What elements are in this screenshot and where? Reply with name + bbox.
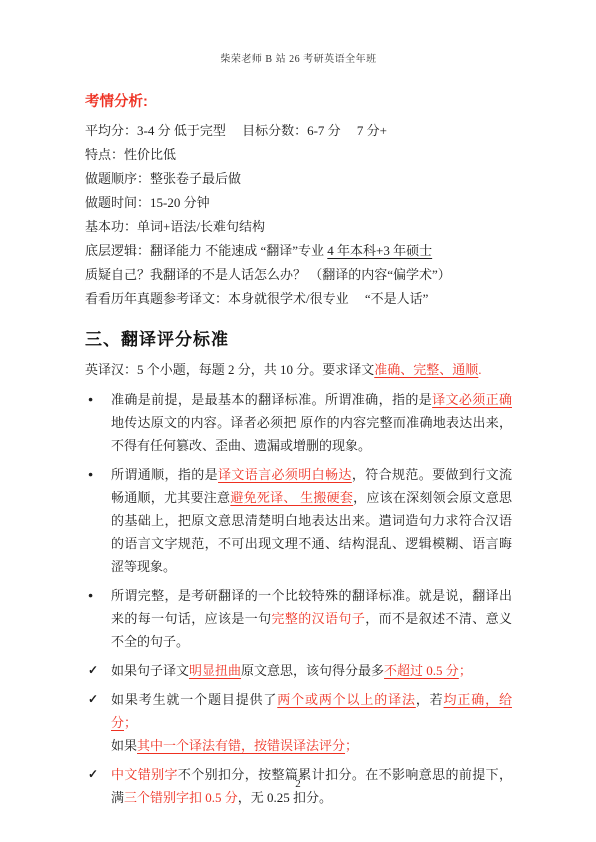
doc-header-title: 柴荣老师 B 站 26 考研英语全年班 <box>85 50 512 65</box>
analysis-lines: 平均分：3-4 分 低于完型 目标分数：6-7 分 7 分+ 特点：性价比低 做… <box>85 119 512 311</box>
analysis-line: 做题时间：15-20 分钟 <box>85 191 512 215</box>
section-intro-line: 英译汉：5 个小题，每题 2 分，共 10 分。要求译文准确、完整、通顺. <box>85 358 512 382</box>
bullet-item: ● 准确是前提，是最基本的翻译标准。所谓准确，指的是译文必须正确地传达原文的内容… <box>85 388 512 457</box>
bullet-icon: ● <box>85 388 111 457</box>
analysis-section-title: 考情分析: <box>85 90 512 111</box>
analysis-line: 基本功：单词+语法/长难句结构 <box>85 215 512 239</box>
check-item: ✓ 如果考生就一个题目提供了两个或两个以上的译法，若均正确，给分；如果其中一个译… <box>85 688 512 757</box>
check-text: 如果考生就一个题目提供了两个或两个以上的译法，若均正确，给分；如果其中一个译法有… <box>111 688 512 757</box>
analysis-line: 做题顺序：整张卷子最后做 <box>85 167 512 191</box>
analysis-line: 特点：性价比低 <box>85 143 512 167</box>
analysis-line: 底层逻辑：翻译能力 不能速成 “翻译”专业 4 年本科+3 年硕士 <box>85 239 512 263</box>
bullet-item: ● 所谓通顺，指的是译文语言必须明白畅达，符合规范。要做到行文流畅通顺，尤其要注… <box>85 463 512 578</box>
document-page: 柴荣老师 B 站 26 考研英语全年班 考情分析: 平均分：3-4 分 低于完型… <box>0 0 596 842</box>
bullet-list: ● 准确是前提，是最基本的翻译标准。所谓准确，指的是译文必须正确地传达原文的内容… <box>85 388 512 653</box>
bullet-text: 所谓通顺，指的是译文语言必须明白畅达，符合规范。要做到行文流畅通顺，尤其要注意避… <box>111 463 512 578</box>
bullet-item: ● 所谓完整，是考研翻译的一个比较特殊的翻译标准。就是说，翻译出来的每一句话，应… <box>85 584 512 653</box>
checkmark-icon: ✓ <box>85 688 111 757</box>
analysis-line: 看看历年真题参考译文：本身就很学术/很专业 “不是人话” <box>85 287 512 311</box>
analysis-line: 平均分：3-4 分 低于完型 目标分数：6-7 分 7 分+ <box>85 119 512 143</box>
check-text: 如果句子译文明显扭曲原文意思，该句得分最多不超过 0.5 分； <box>111 659 512 682</box>
page-number: 2 <box>0 778 596 790</box>
bullet-text: 所谓完整，是考研翻译的一个比较特殊的翻译标准。就是说，翻译出来的每一句话，应该是… <box>111 584 512 653</box>
checkmark-icon: ✓ <box>85 659 111 682</box>
analysis-line: 质疑自己？我翻译的不是人话怎么办？ （翻译的内容“偏学术”） <box>85 263 512 287</box>
bullet-icon: ● <box>85 584 111 653</box>
bullet-text: 准确是前提，是最基本的翻译标准。所谓准确，指的是译文必须正确地传达原文的内容。译… <box>111 388 512 457</box>
translation-section-title: 三、翻译评分标准 <box>85 325 512 350</box>
bullet-icon: ● <box>85 463 111 578</box>
check-item: ✓ 如果句子译文明显扭曲原文意思，该句得分最多不超过 0.5 分； <box>85 659 512 682</box>
